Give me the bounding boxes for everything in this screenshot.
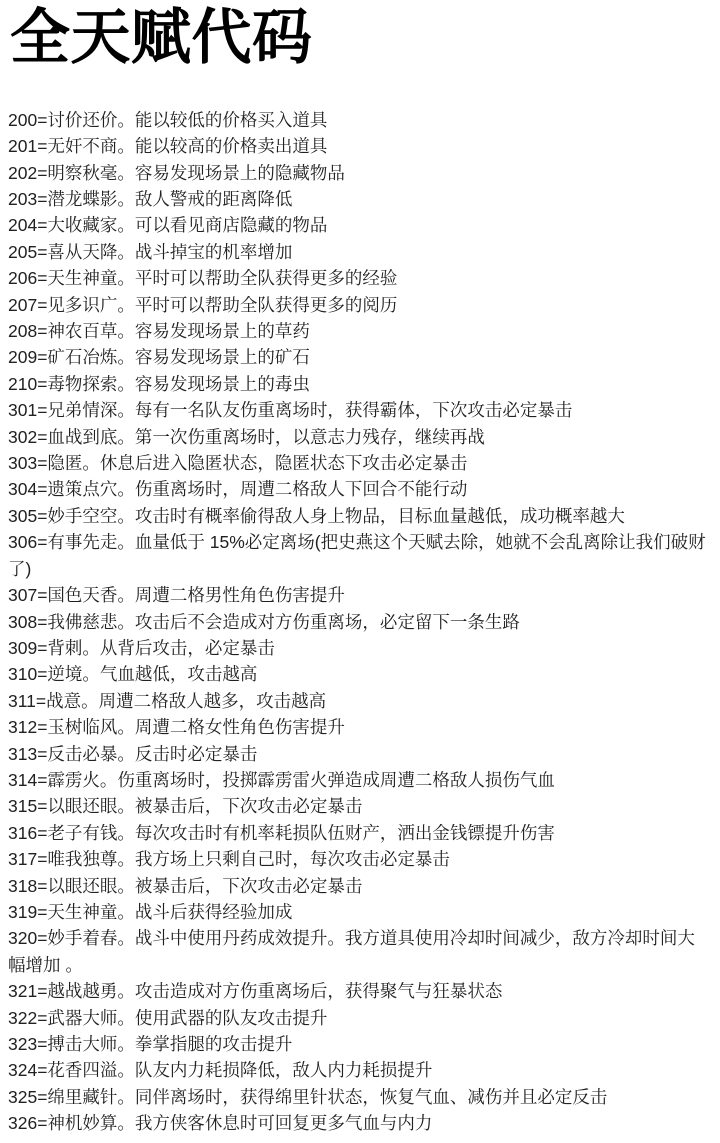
talent-entry: 308=我佛慈悲。攻击后不会造成对方伤重离场，必定留下一条生路 — [8, 609, 710, 635]
talent-entry: 304=遗策点穴。伤重离场时，周遭二格敌人下回合不能行动 — [8, 476, 710, 502]
talent-entry: 209=矿石冶炼。容易发现场景上的矿石 — [8, 344, 710, 370]
talent-entry: 204=大收藏家。可以看见商店隐藏的物品 — [8, 212, 710, 238]
talent-entry: 301=兄弟情深。每有一名队友伤重离场时，获得霸体，下次攻击必定暴击 — [8, 397, 710, 423]
talent-entry: 323=搏击大师。拳掌指腿的攻击提升 — [8, 1031, 710, 1057]
talent-entry: 318=以眼还眼。被暴击后，下次攻击必定暴击 — [8, 873, 710, 899]
talent-entry: 200=讨价还价。能以较低的价格买入道具 — [8, 107, 710, 133]
talent-entry: 313=反击必暴。反击时必定暴击 — [8, 741, 710, 767]
talent-entry: 201=无奸不商。能以较高的价格卖出道具 — [8, 133, 710, 159]
talent-entry: 305=妙手空空。攻击时有概率偷得敌人身上物品，目标血量越低，成功概率越大 — [8, 503, 710, 529]
talent-entry: 321=越战越勇。攻击造成对方伤重离场后，获得聚气与狂暴状态 — [8, 978, 710, 1004]
talent-entry: 206=天生神童。平时可以帮助全队获得更多的经验 — [8, 265, 710, 291]
talent-entry: 316=老子有钱。每次攻击时有机率耗损队伍财产，洒出金钱镖提升伤害 — [8, 820, 710, 846]
talent-entry: 314=霹雳火。伤重离场时，投掷霹雳雷火弹造成周遭二格敌人损伤气血 — [8, 767, 710, 793]
talent-entry: 320=妙手着春。战斗中使用丹药成效提升。我方道具使用冷却时间减少，敌方冷却时间… — [8, 925, 710, 978]
talent-entry: 303=隐匿。休息后进入隐匿状态，隐匿状态下攻击必定暴击 — [8, 450, 710, 476]
talent-entry: 310=逆境。气血越低，攻击越高 — [8, 661, 710, 687]
talent-entry: 203=潜龙蝶影。敌人警戒的距离降低 — [8, 186, 710, 212]
document-page: 全天赋代码 200=讨价还价。能以较低的价格买入道具201=无奸不商。能以较高的… — [0, 0, 720, 1143]
talent-entry: 207=见多识广。平时可以帮助全队获得更多的阅历 — [8, 292, 710, 318]
talent-entry: 302=血战到底。第一次伤重离场时，以意志力残存，继续再战 — [8, 424, 710, 450]
talent-entry: 311=战意。周遭二格敌人越多，攻击越高 — [8, 688, 710, 714]
talent-entry: 325=绵里藏针。同伴离场时，获得绵里针状态，恢复气血、减伤并且必定反击 — [8, 1084, 710, 1110]
talent-entry: 319=天生神童。战斗后获得经验加成 — [8, 899, 710, 925]
talent-entry: 210=毒物探索。容易发现场景上的毒虫 — [8, 371, 710, 397]
talent-entry: 326=神机妙算。我方侠客休息时可回复更多气血与内力 — [8, 1110, 710, 1136]
talent-entry: 307=国色天香。周遭二格男性角色伤害提升 — [8, 582, 710, 608]
talent-code-list: 200=讨价还价。能以较低的价格买入道具201=无奸不商。能以较高的价格卖出道具… — [8, 107, 710, 1137]
talent-entry: 315=以眼还眼。被暴击后，下次攻击必定暴击 — [8, 793, 710, 819]
talent-entry: 208=神农百草。容易发现场景上的草药 — [8, 318, 710, 344]
talent-entry: 317=唯我独尊。我方场上只剩自己时，每次攻击必定暴击 — [8, 846, 710, 872]
page-title: 全天赋代码 — [8, 6, 710, 71]
talent-entry: 324=花香四溢。队友内力耗损降低，敌人内力耗损提升 — [8, 1057, 710, 1083]
talent-entry: 309=背刺。从背后攻击，必定暴击 — [8, 635, 710, 661]
talent-entry: 322=武器大师。使用武器的队友攻击提升 — [8, 1005, 710, 1031]
talent-entry: 202=明察秋毫。容易发现场景上的隐藏物品 — [8, 160, 710, 186]
talent-entry: 205=喜从天降。战斗掉宝的机率增加 — [8, 239, 710, 265]
talent-entry: 312=玉树临风。周遭二格女性角色伤害提升 — [8, 714, 710, 740]
talent-entry: 306=有事先走。血量低于 15%必定离场(把史燕这个天赋去除，她就不会乱离除让… — [8, 529, 710, 582]
